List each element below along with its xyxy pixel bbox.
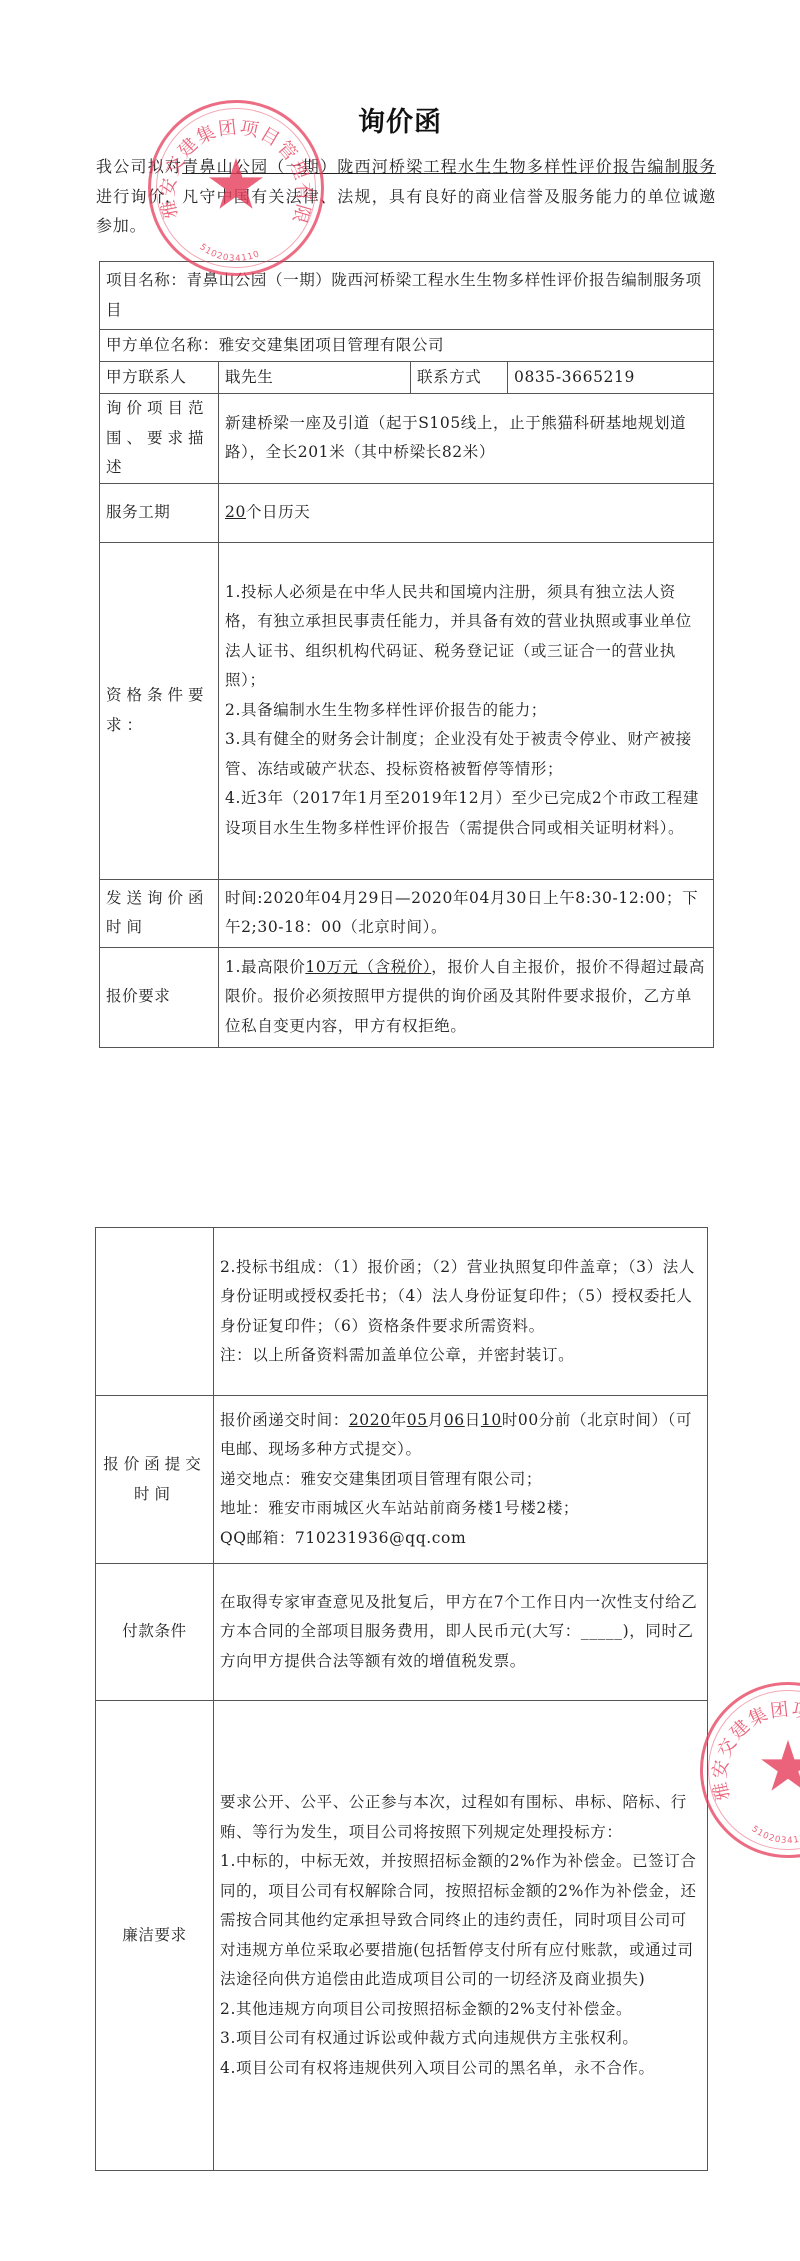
document-page-1: 询价函 我公司拟对青鼻山公园（一期）陇西河桥梁工程水生生物多样性评价报告编制服务… <box>0 0 800 1110</box>
submission-deadline: 报价函递交时间：2020年05月06日10时00分前（北京时间）（可电邮、现场多… <box>220 1406 701 1465</box>
row-submission: 报价函提交时间 报价函递交时间：2020年05月06日10时00分前（北京时间）… <box>96 1396 708 1564</box>
svg-text:雅安交建集团项目管理有限公司: 雅安交建集团项目管理有限公司 <box>703 1685 800 1809</box>
row-scope: 询价项目范围、要求描述 新建桥梁一座及引道（起于S105线上，止于熊猫科研基地规… <box>100 394 714 484</box>
service-period-suffix: 个日历天 <box>246 503 310 521</box>
quote-label: 报价要求 <box>100 947 219 1047</box>
row-quote: 报价要求 1.最高限价10万元（含税价），报价人自主报价，报价不得超过最高限价。… <box>100 947 714 1047</box>
integrity-item-3: 3.项目公司有权通过诉讼或仲裁方式向违规供方主张权利。 <box>220 2024 701 2054</box>
svg-text:5102034110: 5102034110 <box>749 1824 800 1846</box>
integrity-intro: 要求公开、公平、公正参与本次，过程如有围标、串标、陪标、行贿、等行为发生，项目公… <box>220 1788 701 1847</box>
contact-value: 戢先生 <box>219 362 411 394</box>
bid-documents-value: 2.投标书组成：（1）报价函；（2）营业执照复印件盖章；（3）法人身份证明或授权… <box>214 1228 708 1396</box>
document-page-2: 2.投标书组成：（1）报价函；（2）营业执照复印件盖章；（3）法人身份证明或授权… <box>0 1110 800 2261</box>
send-time-value: 时间:2020年04月29日—2020年04月30日上午8:30-12:00；下… <box>219 879 714 947</box>
service-period-days: 20 <box>225 503 246 521</box>
inquiry-table-part-2: 2.投标书组成：（1）报价函；（2）营业执照复印件盖章；（3）法人身份证明或授权… <box>95 1227 708 2171</box>
row-contact: 甲方联系人 戢先生 联系方式 0835-3665219 <box>100 362 714 394</box>
contact-label: 甲方联系人 <box>100 362 219 394</box>
bid-documents-note: 注：以上所备资料需加盖单位公章，并密封装订。 <box>220 1341 701 1371</box>
deadline-year: 2020 <box>349 1411 391 1429</box>
row-send-time: 发送询价函时间 时间:2020年04月29日—2020年04月30日上午8:30… <box>100 879 714 947</box>
bid-documents-label <box>96 1228 214 1396</box>
submission-label: 报价函提交时间 <box>96 1396 214 1564</box>
stamp-inner-ring <box>708 1690 800 1850</box>
quote-value: 1.最高限价10万元（含税价），报价人自主报价，报价不得超过最高限价。报价必须按… <box>219 947 714 1047</box>
integrity-item-4: 4.项目公司有权将违规供列入项目公司的黑名单，永不合作。 <box>220 2054 701 2084</box>
integrity-value: 要求公开、公平、公正参与本次，过程如有围标、串标、陪标、行贿、等行为发生，项目公… <box>214 1701 708 2171</box>
send-time-label: 发送询价函时间 <box>100 879 219 947</box>
row-payment: 付款条件 在取得专家审查意见及批复后，甲方在7个工作日内一次性支付给乙方本合同的… <box>96 1564 708 1701</box>
submission-place: 递交地点：雅安交建集团项目管理有限公司； <box>220 1465 701 1495</box>
quote-prefix: 1.最高限价 <box>225 958 305 976</box>
stamp-star-icon: ★ <box>757 1732 800 1802</box>
inquiry-table-part-1: 项目名称：青鼻山公园（一期）陇西河桥梁工程水生生物多样性评价报告编制服务项目 甲… <box>99 261 714 1048</box>
contact-method-label: 联系方式 <box>411 362 508 394</box>
row-integrity: 廉洁要求 要求公开、公平、公正参与本次，过程如有围标、串标、陪标、行贿、等行为发… <box>96 1701 708 2171</box>
row-bid-documents: 2.投标书组成：（1）报价函；（2）营业执照复印件盖章；（3）法人身份证明或授权… <box>96 1228 708 1396</box>
intro-paragraph: 我公司拟对青鼻山公园（一期）陇西河桥梁工程水生生物多样性评价报告编制服务进行询价… <box>96 152 716 241</box>
qualification-item-3: 3.具有健全的财务会计制度；企业没有处于被责令停业、财产被接管、冻结或破产状态、… <box>225 725 707 784</box>
qualification-value: 1.投标人必须是在中华人民共和国境内注册，须具有独立法人资格，有独立承担民事责任… <box>219 542 714 879</box>
qualification-item-2: 2.具备编制水生生物多样性评价报告的能力； <box>225 696 707 726</box>
scope-value: 新建桥梁一座及引道（起于S105线上，止于熊猫科研基地规划道路），全长201米（… <box>219 394 714 484</box>
document-title: 询价函 <box>0 100 800 139</box>
intro-prefix: 我公司拟对 <box>96 157 182 176</box>
contact-method-value: 0835-3665219 <box>508 362 714 394</box>
row-service-period: 服务工期 20个日历天 <box>100 483 714 542</box>
payment-label: 付款条件 <box>96 1564 214 1701</box>
scope-label: 询价项目范围、要求描述 <box>100 394 219 484</box>
row-party-a-name: 甲方单位名称：雅安交建集团项目管理有限公司 <box>100 330 714 362</box>
row-project-name: 项目名称：青鼻山公园（一期）陇西河桥梁工程水生生物多样性评价报告编制服务项目 <box>100 262 714 330</box>
intro-suffix: 进行询价，凡守中国有关法律、法规，具有良好的商业信誉及服务能力的单位诚邀参加。 <box>96 187 716 236</box>
deadline-month: 05 <box>407 1411 428 1429</box>
company-seal-stamp-2: 雅安交建集团项目管理有限公司 5102034110 ★ <box>700 1682 800 1858</box>
integrity-item-1: 1.中标的，中标无效，并按照招标金额的2%作为补偿金。已签订合同的，项目公司有权… <box>220 1847 701 1995</box>
party-a-name-cell: 甲方单位名称：雅安交建集团项目管理有限公司 <box>100 330 714 362</box>
service-period-value: 20个日历天 <box>219 483 714 542</box>
service-period-label: 服务工期 <box>100 483 219 542</box>
submission-email: QQ邮箱：710231936@qq.com <box>220 1524 701 1554</box>
integrity-item-2: 2.其他违规方向项目公司按照招标金额的2%支付补偿金。 <box>220 1995 701 2025</box>
submission-address: 地址：雅安市雨城区火车站站前商务楼1号楼2楼； <box>220 1494 701 1524</box>
quote-max-price: 10万元（含税价） <box>305 958 431 976</box>
deadline-hour: 10 <box>481 1411 502 1429</box>
qualification-label: 资格条件要求： <box>100 542 219 879</box>
project-name-cell: 项目名称：青鼻山公园（一期）陇西河桥梁工程水生生物多样性评价报告编制服务项目 <box>100 262 714 330</box>
integrity-label: 廉洁要求 <box>96 1701 214 2171</box>
row-qualification: 资格条件要求： 1.投标人必须是在中华人民共和国境内注册，须具有独立法人资格，有… <box>100 542 714 879</box>
bid-documents-item: 2.投标书组成：（1）报价函；（2）营业执照复印件盖章；（3）法人身份证明或授权… <box>220 1253 701 1342</box>
intro-project-name: 青鼻山公园（一期）陇西河桥梁工程水生生物多样性评价报告编制服务 <box>182 157 716 176</box>
qualification-item-1: 1.投标人必须是在中华人民共和国境内注册，须具有独立法人资格，有独立承担民事责任… <box>225 578 707 696</box>
stamp-ring-text: 雅安交建集团项目管理有限公司 5102034110 <box>703 1685 800 1855</box>
submission-value: 报价函递交时间：2020年05月06日10时00分前（北京时间）（可电邮、现场多… <box>214 1396 708 1564</box>
payment-value: 在取得专家审查意见及批复后，甲方在7个工作日内一次性支付给乙方本合同的全部项目服… <box>214 1564 708 1701</box>
qualification-item-4: 4.近3年（2017年1月至2019年12月）至少已完成2个市政工程建设项目水生… <box>225 784 707 843</box>
deadline-day: 06 <box>444 1411 465 1429</box>
